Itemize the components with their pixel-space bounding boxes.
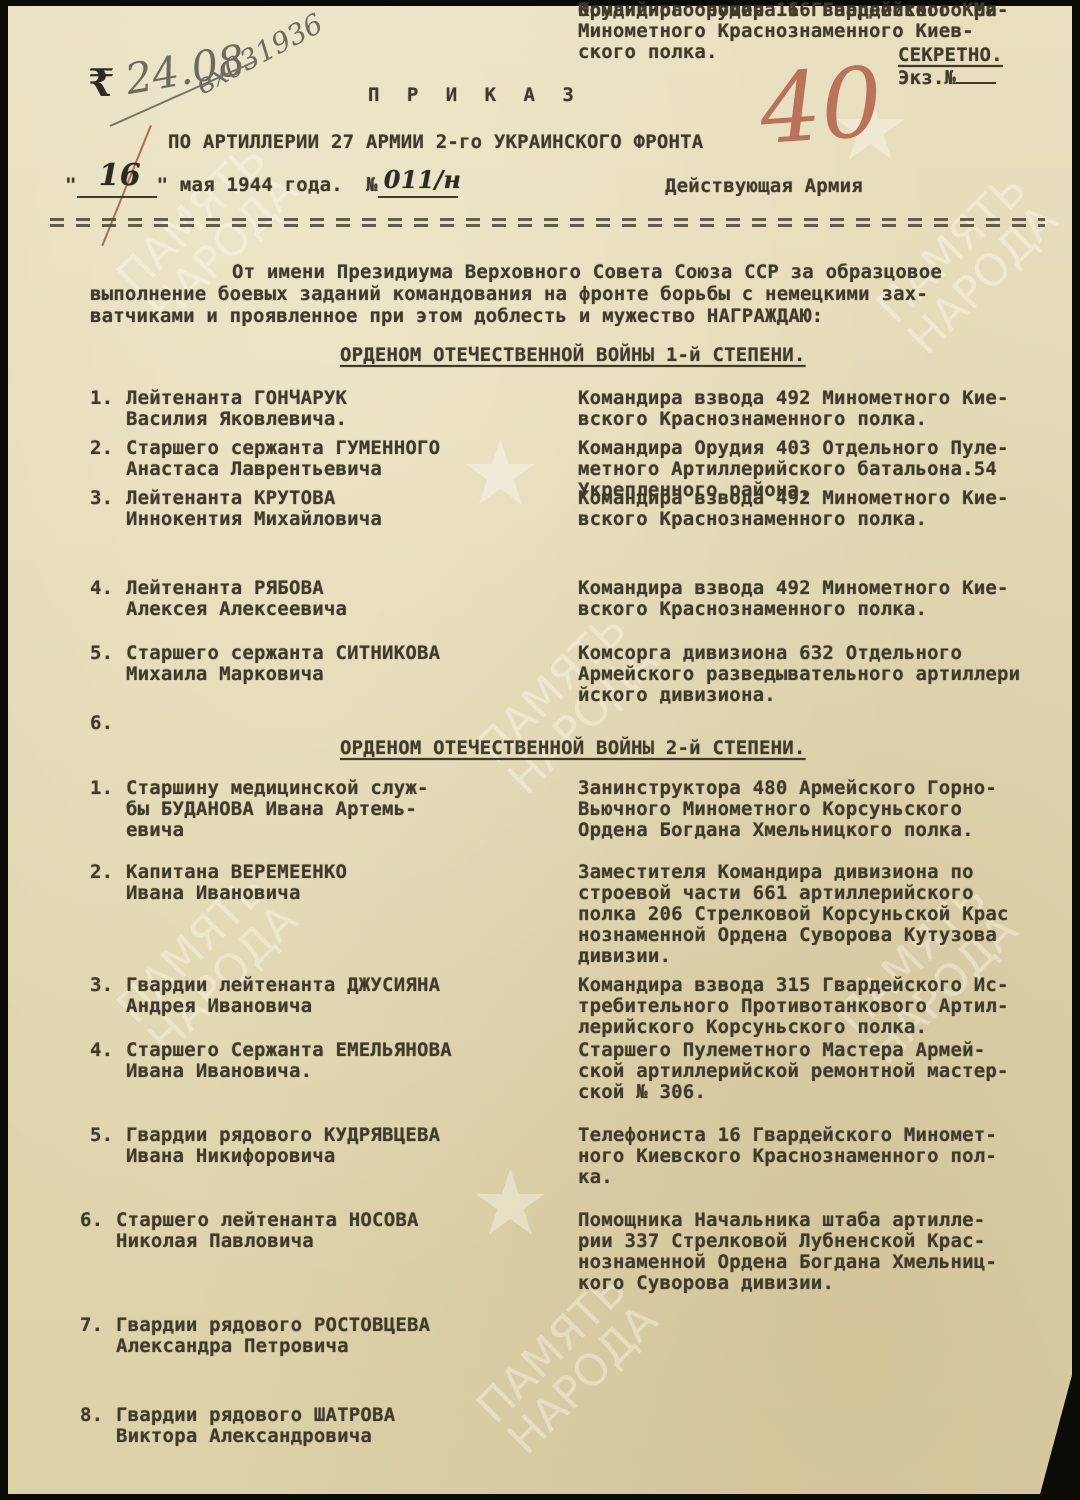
awardee-name-line: Гвардии рядового ШАТРОВА: [116, 1404, 395, 1426]
awardee-name: 4.Лейтенанта РЯБОВААлексея Алексеевича: [90, 578, 347, 620]
copy-number-label: Экз.№: [898, 68, 996, 89]
position-line: йского дивизиона.: [578, 684, 776, 706]
awardee-name-line: Алексея Алексеевича: [126, 598, 347, 620]
awardee-name-line: Гвардии рядового РОСТОВЦЕВА: [116, 1314, 430, 1336]
position-line: строевой части 661 артиллерийского: [578, 882, 974, 904]
position-line: дивизии.: [578, 945, 671, 967]
awardee-name: 2.Старшего сержанта ГУМЕННОГОАнастаса Ла…: [90, 438, 440, 480]
handwritten-order-number: 011/н: [384, 169, 461, 190]
position-line: требительного Противотанкового Артил-: [578, 995, 1009, 1017]
awardee-name-line: Андрея Ивановича: [126, 995, 312, 1017]
position-line: Помощника Начальника штаба артилле-: [578, 1209, 985, 1231]
awardee-name-line: Старшего сержанта ГУМЕННОГО: [126, 437, 440, 459]
position-line: вского Краснознаменного полка.: [578, 598, 927, 620]
awardee-name-line: Василия Яковлевича.: [126, 408, 347, 430]
position-line: Командира взвода 492 Минометного Кие-: [578, 577, 1009, 599]
handwritten-day: 16: [99, 165, 141, 186]
position-line: лерийского Корсуньского полка.: [578, 1016, 927, 1038]
position-line: Командира взвода 492 Минометного Кие-: [578, 387, 1009, 409]
awardee-name: 1.Лейтенанта ГОНЧАРУКВасилия Яковлевича.: [90, 388, 347, 430]
position-line: ка.: [578, 1166, 613, 1188]
position-line: ного Киевского Краснознаменного пол-: [578, 1145, 997, 1167]
entry-number: 4.: [90, 1040, 126, 1061]
position-line: вского Краснознаменного полка.: [578, 508, 927, 530]
awardee-name-line: Лейтенанта РЯБОВА: [126, 577, 324, 599]
position-line: Заместителя Командира дивизиона по: [578, 861, 974, 883]
position-line: Старшего Пулеметного Мастера Армей-: [578, 1039, 985, 1061]
awardee-position: Командира взвода 492 Минометного Кие-вск…: [578, 578, 1009, 620]
entry-number: 1.: [90, 778, 126, 799]
awardee-position: Занинструктора 480 Армейского Горно-Вьюч…: [578, 778, 997, 841]
position-line: Вьючного Минометного Корсуньского: [578, 798, 962, 820]
awardee-name-line: бы БУДАНОВА Ивана Артемь-: [126, 798, 417, 820]
position-line: Минометного Краснознаменного Киев-: [578, 20, 974, 42]
entry-number: 8.: [80, 1405, 116, 1426]
entry-number: 6.: [90, 713, 126, 734]
entry-number: 2.: [90, 862, 126, 883]
position-line: нознаменной Ордена Богдана Хмельниц-: [578, 1251, 997, 1273]
awardee-name-line: Николая Павловича: [116, 1230, 314, 1252]
order-number-label: №: [366, 174, 378, 196]
order-date: "16 " мая 1944 года. №011/н: [65, 175, 458, 198]
awardee-name: 3.Гвардии лейтенанта ДЖУСИЯНААндрея Иван…: [90, 975, 440, 1017]
preamble-line: ватчиками и проявленное при этом доблест…: [90, 306, 823, 327]
position-line: Комсорга дивизиона 632 Отдельного: [578, 642, 962, 664]
awardee-name-line: Гвардии рядового КУДРЯВЦЕВА: [126, 1124, 440, 1146]
position-line: полка 206 Стрелковой Корсуньской Крас: [578, 903, 1009, 925]
awardee-name: 5.Старшего сержанта СИТНИКОВАМихаила Мар…: [90, 643, 440, 685]
awardee-name: 8.Гвардии рядового ШАТРОВАВиктора Алекса…: [80, 1405, 395, 1447]
awardee-name-line: Старшего лейтенанта НОСОВА: [116, 1209, 419, 1231]
awardee-position: Командира взвода 315 Гвардейского Ис-тре…: [578, 975, 1009, 1038]
awardee-name-line: Старшего сержанта СИТНИКОВА: [126, 642, 440, 664]
preamble-line: выполнение боевых заданий командования н…: [90, 284, 928, 305]
position-line: ского полка.: [578, 41, 718, 63]
entry-number: 2.: [90, 438, 126, 459]
awardee-position: Помощника Начальника штаба артилле-рии 3…: [578, 1210, 997, 1294]
awardee-name: 5.Гвардии рядового КУДРЯВЦЕВАИвана Никиф…: [90, 1125, 440, 1167]
position-line: ской № 306.: [578, 1081, 706, 1103]
position-line: Командира Орудия 403 Отдельного Пуле-: [578, 437, 1009, 459]
position-line: Армейского разведывательного артиллери: [578, 663, 1020, 685]
awardee-name: 2.Капитана ВЕРЕМЕЕНКОИвана Ивановича: [90, 862, 347, 904]
position-line: нознаменной Ордена Суворова Кутузова: [578, 924, 997, 946]
location: Действующая Армия: [665, 176, 863, 197]
position-line: кого Суворова дивизии.: [578, 1272, 834, 1294]
awardee-position: Телефониста 16 Гвардейского Миномет-ного…: [578, 1125, 997, 1188]
position-line: метного Артиллерийского батальона.54: [578, 458, 997, 480]
preamble-line: От имени Президиума Верховного Совета Со…: [232, 262, 942, 283]
awardee-name: 6.: [90, 713, 126, 734]
awardee-name-line: Михаила Марковича: [126, 663, 324, 685]
position-line: Командира взвода 492 Минометного Кие-: [578, 487, 1009, 509]
awardee-name-line: Ивана Ивановича: [126, 882, 301, 904]
awardee-name-line: Лейтенанта КРУТОВА: [126, 487, 336, 509]
entry-number: 6.: [80, 1210, 116, 1231]
awardee-name-line: Иннокентия Михайловича: [126, 508, 382, 530]
position-line: ской артиллерийской ремонтной мастер-: [578, 1060, 1009, 1082]
page-subtitle: ПО АРТИЛЛЕРИИ 27 АРМИИ 2-го УКРАИНСКОГО …: [168, 132, 703, 153]
star-watermark-icon: ★: [460, 430, 541, 520]
entry-number: 5.: [90, 643, 126, 664]
entry-number: 7.: [80, 1315, 116, 1336]
awardee-name: 6.Старшего лейтенанта НОСОВАНиколая Павл…: [80, 1210, 419, 1252]
awardee-name-line: Александра Петровича: [116, 1335, 349, 1357]
awardee-position: Командира взвода 492 Минометного Кие-вск…: [578, 488, 1009, 530]
page-title: П Р И К А З: [368, 85, 582, 106]
awardee-name-line: Анастаса Лаврентьевича: [126, 458, 382, 480]
position-line: Орудийного номера 16 Гвардейского Ми-: [578, 0, 1009, 21]
star-watermark-icon: ★: [470, 1160, 551, 1250]
position-line: Командира взвода 315 Гвардейского Ис-: [578, 974, 1009, 996]
awardee-position: Заместителя Командира дивизиона построев…: [578, 862, 1009, 967]
awardee-position: Командира взвода 492 Минометного Кие-вск…: [578, 388, 1009, 430]
position-line: вского Краснознаменного полка.: [578, 408, 927, 430]
awardee-name-line: Лейтенанта ГОНЧАРУК: [126, 387, 347, 409]
section-heading-1: ОРДЕНОМ ОТЕЧЕСТВЕННОЙ ВОЙНЫ 1-й СТЕПЕНИ.: [340, 345, 806, 366]
position-line: рии 337 Стрелковой Лубненской Крас-: [578, 1230, 985, 1252]
awardee-name: 1.Старшину медицинской служ-бы БУДАНОВА …: [90, 778, 429, 841]
awardee-position: Орудийного номера 16 Гвардейского Ми-: [578, 0, 1009, 21]
awardee-name: 4.Старшего Сержанта ЕМЕЛЬЯНОВАИвана Иван…: [90, 1040, 452, 1082]
awardee-name-line: Виктора Александровича: [116, 1425, 372, 1447]
awardee-name: 3.Лейтенанта КРУТОВАИннокентия Михайлови…: [90, 488, 382, 530]
entry-number: 5.: [90, 1125, 126, 1146]
separator-line: [50, 218, 1045, 230]
entry-number: 3.: [90, 975, 126, 996]
awardee-name-line: евича: [126, 819, 184, 841]
awardee-name-line: Старшину медицинской служ-: [126, 777, 429, 799]
awardee-name-line: Капитана ВЕРЕМЕЕНКО: [126, 861, 347, 883]
red-pencil-mark: 40: [756, 46, 886, 166]
awardee-position: Комсорга дивизиона 632 ОтдельногоАрмейск…: [578, 643, 1020, 706]
entry-number: 4.: [90, 578, 126, 599]
awardee-position: Старшего Пулеметного Мастера Армей-ской …: [578, 1040, 1009, 1103]
awardee-name-line: Ивана Никифоровича: [126, 1145, 336, 1167]
awardee-name: 7.Гвардии рядового РОСТОВЦЕВААлександра …: [80, 1315, 430, 1357]
awardee-name-line: Ивана Ивановича.: [126, 1060, 312, 1082]
awardee-name-line: Гвардии лейтенанта ДЖУСИЯНА: [126, 974, 440, 996]
handwritten-symbol: ₹: [88, 60, 114, 105]
entry-number: 1.: [90, 388, 126, 409]
position-line: Занинструктора 480 Армейского Горно-: [578, 777, 997, 799]
position-line: Ордена Богдана Хмельницкого полка.: [578, 819, 974, 841]
awardee-name-line: Старшего Сержанта ЕМЕЛЬЯНОВА: [126, 1039, 452, 1061]
entry-number: 3.: [90, 488, 126, 509]
section-heading-2: ОРДЕНОМ ОТЕЧЕСТВЕННОЙ ВОЙНЫ 2-й СТЕПЕНИ.: [340, 738, 806, 759]
position-line: Телефониста 16 Гвардейского Миномет-: [578, 1124, 997, 1146]
